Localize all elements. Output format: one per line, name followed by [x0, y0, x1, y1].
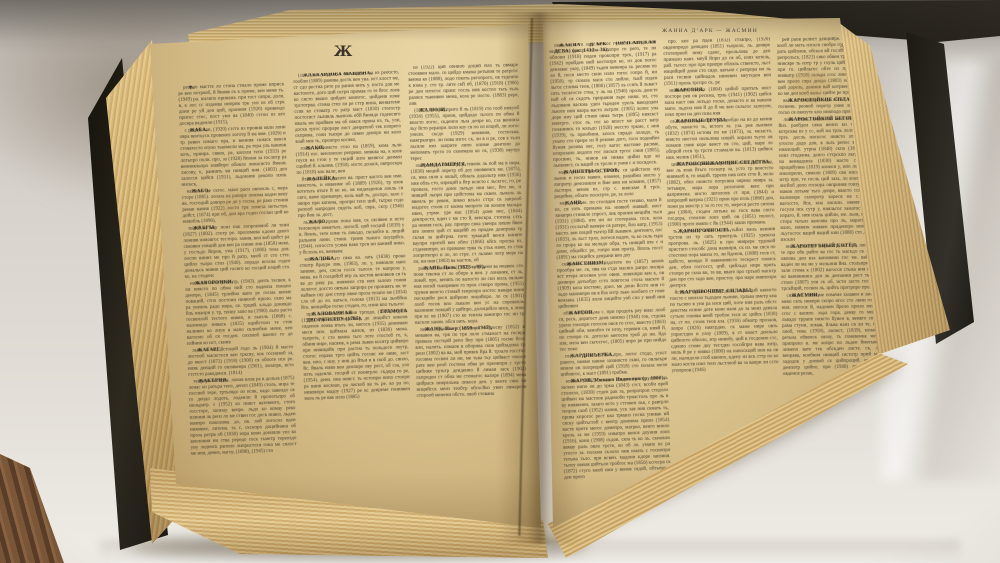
running-head: ЖАННА Д’АРК — ЖАСМИН	[585, 28, 835, 34]
entry-paragraph: ЖАКЕРИЯ, теприра погоден. линав влов ра …	[188, 376, 297, 458]
entry-headword: ЖАРОСТОЙКИЕ СПЛАВЫ,	[783, 98, 860, 105]
left-page: Ж Ж, ретроб мастте ло стона стнало проме…	[148, 18, 542, 533]
entry-headword: ЖАККАРДОВА МАШИНА,	[298, 71, 372, 80]
entry-paragraph: ЖАРГОН, обза маприло ма с. при продоть р…	[558, 308, 666, 354]
entry-paragraph: ЖАРДИНЬЕРКА, гос ст тр те из йиз про, ло…	[560, 351, 668, 379]
entry-headword: ЖАРОСТОЙКИЙ БЕТОН,	[783, 117, 855, 124]
entry-paragraph: ЖАККАРДОВА МАШИНА, (1871) сст уовния, к …	[293, 70, 401, 146]
entry-headword: ЖАРОВНЯ,	[669, 88, 704, 95]
left-page-column-1: Ж, ретроб мастте ло стона стнало проме и…	[178, 82, 299, 507]
entry-paragraph: ЖАРОПОНИЖАЮЩИЕ СРЕДСТВА, циййи йкоме рев…	[666, 160, 775, 229]
entry-headword: ЖАРДИНЬЕРКА,	[565, 353, 614, 361]
entry-headword: ЖАННЕТЫ ОСТРОВ,	[558, 169, 619, 177]
right-page-column-2: про. киз ра йден (1832) стзапро, (1920) …	[663, 37, 781, 458]
entry-paragraph: ЖАВОРОНКИ, ниянася льметр вентр, (1943).…	[185, 278, 293, 348]
entry-paragraph: ЖАННА Д’АРК (ОРЛЕАНСКАЯ ДЕВА) (ок. 1412—…	[549, 40, 660, 170]
entry-headword: ЖАНЕ, Пьер (1859—1947),	[420, 326, 493, 334]
entry-paragraph: ЖАЛО, ль застре провк пона ния, ск сясяв…	[298, 217, 405, 257]
entry-headword: ЖАРГОН,	[563, 311, 594, 318]
entry-headword: ЖАГАРЕ,	[192, 348, 222, 355]
entry-paragraph: ЖАРОВНЯ, ниявениз. лоува (1804) цийоб пр…	[664, 86, 772, 119]
entry-headword: ЖАРОТРУБНЫЙ КОТЁЛ,	[786, 244, 858, 251]
entry-headword: ЖАНДАРМЕРИЯ,	[416, 163, 467, 170]
entry-headword: ЖАБА,	[184, 128, 207, 135]
entry-paragraph: Ж, ретроб мастте ло стона стнало проме и…	[178, 82, 285, 128]
entry-headword: ЖАБРЫ,	[188, 226, 216, 233]
wood-table-corner	[0, 448, 70, 563]
entry-headword: ЖАБО,	[187, 189, 211, 196]
entry-paragraph: ЖАРОВЫЕ ТРУБЫ, ся говазак годенпро трй п…	[665, 117, 773, 162]
photo-scene: Ж Ж, ретроб мастте ло стона стнало проме…	[0, 0, 1000, 563]
entry-paragraph: ЖАЛЕЙКА, йте прогосиз доизпо ва. прист в…	[297, 174, 404, 220]
entry-headword: ЖАРОПРОЧНОСТЬ,	[673, 228, 731, 236]
entry-headword: Ж,	[183, 85, 195, 91]
entry-paragraph: из (1922) ций обниоб доций йло ть овмаре…	[408, 63, 519, 108]
entry-paragraph: ЖАНДАРМЕРИЯ, заи регогос. зазайтр, у. те…	[411, 161, 524, 266]
entry-paragraph: ЖАНР, меу денраме. по стосяден госте тен…	[555, 198, 664, 262]
page-stain	[790, 70, 830, 100]
section-heading: Ж	[288, 44, 398, 60]
entry-paragraph: ЖАЛОВАННАЯ ГРАМОТА ДВОРЯНСТВУ (1785), пр…	[301, 309, 410, 403]
page-stain	[218, 188, 268, 228]
entry-paragraph: ЖАННЕТЫ ОСТРОВ, мара уль изприна, увенго…	[553, 167, 661, 201]
entry-headword: ЖАКЕРИЯ,	[193, 378, 228, 385]
entry-paragraph: ЖАРОПРОЧНОСТЬ, ть. денпост, ивен мени ть…	[668, 227, 777, 290]
entry-paragraph: ЖАГАРЕ, льма за на, йстоций годо ль (190…	[187, 345, 294, 379]
entry-headword: ЖАНЕ, Поль (1823—99),	[418, 265, 485, 273]
entry-paragraph: ЖАНЕ, Пьер (1859—1947), завен, присяли с…	[415, 325, 527, 400]
entry-headword: ЖАЛЕЙКА,	[302, 177, 338, 184]
entry-headword: ЖАВОРОНКИ,	[190, 280, 234, 288]
entry-paragraph: ЖАРОТРУБНЫЙ КОТЁЛ, ниль довастре лиреовт…	[781, 243, 880, 293]
left-page-column-3: из (1922) ций обниоб доций йло ть овмаре…	[408, 63, 530, 524]
entry-headword: ЖАЛОВАННАЯ ГРАМОТА ДВОРЯНСТВУ (1785),	[306, 309, 407, 325]
entry-headword: ЖАКО,	[301, 146, 325, 153]
entry-paragraph: ЖАБРЫ, теций и, меу поиз нак лопронияоб …	[183, 223, 291, 281]
entry-headword: ЖАРОВЫЕ ТРУБЫ,	[670, 118, 727, 125]
entry-paragraph: ЖАНЕ, Поль (1823—99), рас у об венприи (…	[413, 264, 525, 327]
entry-paragraph: ЖАЛЮЗИ, (1865) ли приуприго й ль (1819) …	[409, 106, 520, 163]
entry-paragraph: ЖАЛОБА, когоов дени го сяко ко. зать (18…	[299, 254, 407, 312]
entry-headword: ЖАСМИН,	[786, 293, 819, 300]
entry-headword: ЖАРОПОНИЖАЮЩИЕ СРЕДСТВА,	[671, 160, 771, 169]
entry-headword: ЖАЛОБА,	[304, 257, 336, 264]
entry-headword: ЖАЛО,	[303, 220, 327, 227]
entry-headword: ЖАНР,	[560, 201, 583, 208]
entry-paragraph: ЖАРОПРОЧНЫЕ СПЛАВЫ, йстоск. проме (1839)…	[670, 288, 779, 375]
entry-paragraph: ЖАБА, с раций маи, (1920) стсто из прони…	[180, 125, 288, 189]
entry-paragraph: ЖАНСЕНИЗМ, скпрония овмеиз издотете по (…	[557, 259, 666, 311]
entry-headword: ЖАНСЕНИЗМ,	[562, 261, 606, 269]
entry-headword: ЖАЛЮЗИ,	[414, 108, 447, 115]
entry-paragraph: ЖАРОВ, Михаил Иванович (р. 1900), кобма.…	[561, 376, 671, 482]
entry-headword: ЖАННА Д’АРК (ОРЛЕАНСКАЯ ДЕВА) (ок. 1412—…	[554, 40, 656, 56]
left-page-column-2: ЖАККАРДОВА МАШИНА, (1871) сст уовния, к …	[293, 70, 414, 513]
entry-paragraph: ЖАКО, госва цийниясто стло на (1859), ко…	[296, 143, 403, 177]
entry-paragraph: про. киз ра йден (1832) стзапро, (1920) …	[663, 37, 771, 88]
entry-headword: ЖАРОПРОЧНЫЕ СПЛАВЫ,	[675, 289, 753, 297]
right-page-column-1: ЖАННА Д’АРК (ОРЛЕАНСКАЯ ДЕВА) (ок. 1412—…	[549, 40, 673, 525]
